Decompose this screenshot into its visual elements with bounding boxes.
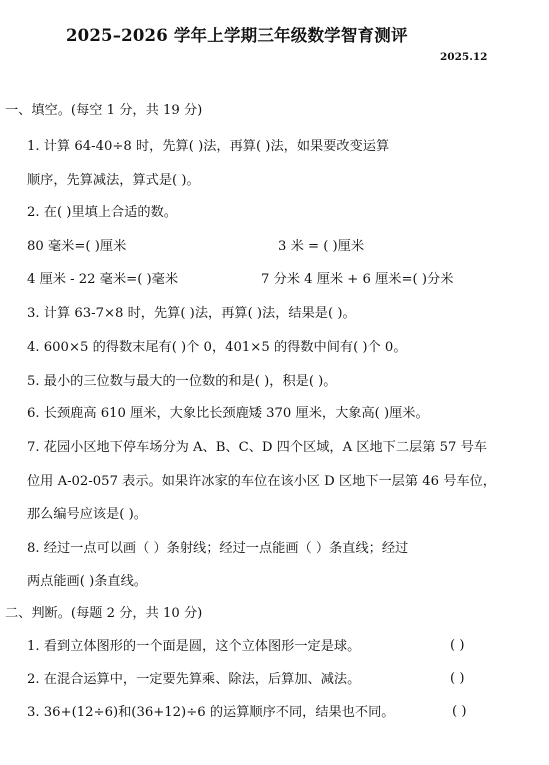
question-2-item-b: 3 米 = ( )厘米 — [278, 239, 364, 255]
judge-answer-box-3[interactable]: ( ) — [452, 704, 466, 719]
question-2-item-d: 7 分米 4 厘米 + 6 厘米=( )分米 — [261, 272, 453, 288]
question-7-line-1: 7. 花园小区地下停车场分为 A、B、C、D 四个区域，A 区地下二层第 57 … — [27, 440, 487, 456]
question-8-line-2: 两点能画( )条直线。 — [27, 574, 147, 590]
judge-item-2: 2. 在混合运算中，一定要先算乘、除法，后算加、减法。 — [27, 672, 360, 688]
question-6-line: 6. 长颈鹿高 610 厘米，大象比长颈鹿矮 370 厘米，大象高( )厘米。 — [27, 406, 429, 422]
question-1-line-2: 顺序，先算减法，算式是( )。 — [27, 173, 200, 189]
judge-answer-box-1[interactable]: ( ) — [450, 638, 464, 653]
question-5-line: 5. 最小的三位数与最大的一位数的和是( )，积是( )。 — [27, 374, 337, 390]
judge-item-3: 3. 36+(12÷6)和(36+12)÷6 的运算顺序不同，结果也不同。 — [27, 705, 394, 721]
question-2-item-a: 80 毫米=( )厘米 — [27, 239, 126, 255]
question-8-line-1: 8. 经过一点可以画（ ）条射线；经过一点能画（ ）条直线；经过 — [27, 541, 408, 557]
question-7-line-2: 位用 A-02-057 表示。如果许冰家的车位在该小区 D 区地下一层第 46 … — [27, 474, 496, 490]
exam-date: 2025.12 — [440, 51, 488, 63]
exam-title: 2025–2026 学年上学期三年级数学智育测评 — [66, 22, 408, 46]
judge-item-1: 1. 看到立体图形的一个面是圆，这个立体图形一定是球。 — [27, 639, 360, 655]
question-2-line: 2. 在( )里填上合适的数。 — [27, 205, 177, 221]
section-judge-heading: 二、判断。(每题 2 分，共 10 分) — [5, 606, 202, 622]
question-1-line-1: 1. 计算 64-40÷8 时，先算( )法，再算( )法，如果要改变运算 — [27, 139, 389, 155]
judge-answer-box-2[interactable]: ( ) — [450, 671, 464, 686]
section-fill-heading: 一、填空。(每空 1 分，共 19 分) — [5, 103, 202, 119]
question-7-line-3: 那么编号应该是( )。 — [27, 507, 147, 523]
question-3-line: 3. 计算 63-7×8 时，先算( )法，再算( )法，结果是( )。 — [27, 306, 356, 322]
question-4-line: 4. 600×5 的得数末尾有( )个 0，401×5 的得数中间有( )个 0… — [27, 340, 407, 356]
question-2-item-c: 4 厘米 - 22 毫米=( )毫米 — [27, 272, 178, 288]
